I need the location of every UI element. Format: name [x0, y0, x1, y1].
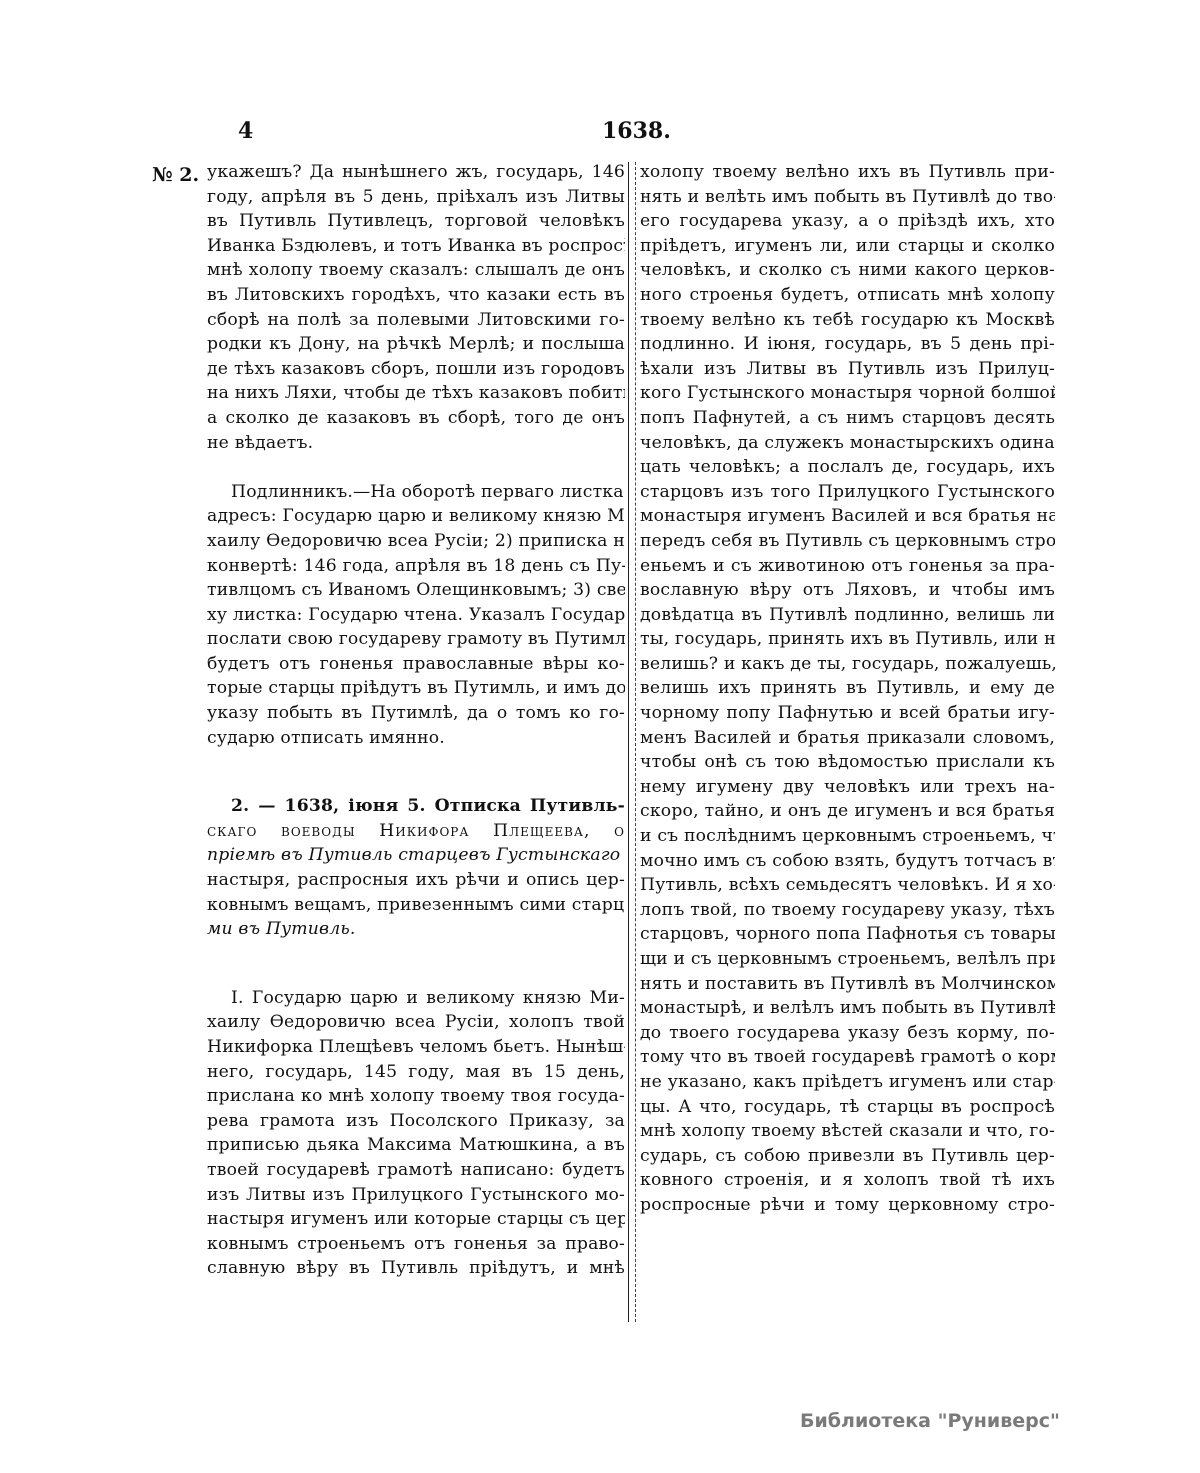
- text-line: пріемѣ въ Путивль старцевъ Густынскаго м…: [207, 843, 625, 868]
- text-line: году, апрѣля въ 5 день, пріѣхалъ изъ Лит…: [207, 185, 625, 210]
- text-line: ты, государь, принять ихъ въ Путивль, ил…: [640, 627, 1055, 652]
- text-line: скаго воеводы Никифора Плещеева, о: [207, 819, 625, 844]
- spacer: [207, 942, 625, 986]
- text-line: Подлинникъ.—На оборотѣ перваго листка: 1…: [207, 480, 625, 505]
- text-line: въ Путивль Путивлецъ, торговой человѣкъ: [207, 209, 625, 234]
- text-line: ного строенья будетъ, отписать мнѣ холоп…: [640, 283, 1055, 308]
- text-line: цы. А что, государь, тѣ старцы въ роспро…: [640, 1095, 1055, 1120]
- right-column: холопу твоему велѣно ихъ въ Путивль при-…: [640, 160, 1055, 1218]
- text-line: де тѣхъ казаковъ сборъ, пошли изъ городо…: [207, 357, 625, 382]
- text-line: изъ Литвы изъ Прилуцкого Густынского мо-: [207, 1183, 625, 1208]
- text-line: передъ себя въ Путивль съ церковнымъ стр…: [640, 529, 1055, 554]
- text-line: него, государь, 145 году, мая въ 15 день…: [207, 1060, 625, 1085]
- text-line: мнѣ холопу твоему вѣстей сказали и что, …: [640, 1119, 1055, 1144]
- text-line: не вѣдаетъ.: [207, 431, 625, 456]
- paragraph-continuation: укажешъ? Да нынѣшнего жъ, государь, 146 …: [207, 160, 625, 455]
- text-line: нять и велѣть имъ побыть въ Путивлѣ до т…: [640, 185, 1055, 210]
- text-line: указу побыть въ Путимлѣ, да о томъ ко го…: [207, 701, 625, 726]
- text-line: его государева указу, а о пріѣздѣ ихъ, х…: [640, 209, 1055, 234]
- text-line: еньемъ и съ животиною отъ гоненья за пра…: [640, 554, 1055, 579]
- text-line: на нихъ Ляхи, чтобы де тѣхъ казаковъ поб…: [207, 381, 625, 406]
- text-line: сударь, съ собою привезли въ Путивль цер…: [640, 1144, 1055, 1169]
- page-header-year: 1638.: [602, 118, 671, 144]
- text-line: рева грамота изъ Посолского Приказу, за: [207, 1109, 625, 1134]
- spacer: [207, 455, 625, 480]
- text-line: славную вѣру въ Путивль пріѣдутъ, и мнѣ: [207, 1256, 625, 1281]
- text-line: кого Густынского монастыря чорной болшой: [640, 381, 1055, 406]
- text-line: Путивль, всѣхъ семьдесятъ человѣкъ. И я …: [640, 873, 1055, 898]
- text-line: чтобы онѣ съ тою вѣдомостью прислали къ: [640, 750, 1055, 775]
- text-line: сборѣ на полѣ за полевыми Литовскими го-: [207, 308, 625, 333]
- text-line: холопу твоему велѣно ихъ въ Путивль при-: [640, 160, 1055, 185]
- text-line: мнѣ холопу твоему сказалъ: слышалъ де он…: [207, 258, 625, 283]
- text-line: нять и поставить въ Путивлѣ въ Молчинско…: [640, 972, 1055, 997]
- text-line: Иванка Бздюлевъ, и тотъ Иванка въ роспро…: [207, 234, 625, 259]
- text-line: послати свою государеву грамоту въ Путим…: [207, 627, 625, 652]
- text-line: ковнымъ вещамъ, привезеннымъ сими старца…: [207, 893, 625, 918]
- text-line: щи и съ церковнымъ строеньемъ, велѣлъ пр…: [640, 947, 1055, 972]
- text-line: Никифорка Плещѣевъ челомъ бьетъ. Нынѣш-: [207, 1035, 625, 1060]
- text-line: а сколко де казаковъ въ сборѣ, того де о…: [207, 406, 625, 431]
- text-line: скоро, тайно, и онъ де игуменъ и вся бра…: [640, 799, 1055, 824]
- text-line: до твоего государева указу безъ корму, п…: [640, 1021, 1055, 1046]
- text-line: человѣкъ, и сколко съ ними какого церков…: [640, 258, 1055, 283]
- text-line: настыря, распросныя ихъ рѣчи и опись цер…: [207, 868, 625, 893]
- text-line: велишь? и какъ де ты, государь, пожалуеш…: [640, 652, 1055, 677]
- spacer: [207, 750, 625, 794]
- text-line: монастырѣ, и велѣлъ имъ побыть въ Путивл…: [640, 996, 1055, 1021]
- text-line: приписью дьяка Максима Матюшкина, а въ: [207, 1133, 625, 1158]
- text-line: подлинно. И іюня, государь, въ 5 день пр…: [640, 332, 1055, 357]
- text-line: попъ Пафнутей, а съ нимъ старцовъ десять: [640, 406, 1055, 431]
- text-line: велишь ихъ принять въ Путивль, и ему де: [640, 676, 1055, 701]
- text-line: торые старцы пріѣдутъ въ Путимль, и имъ …: [207, 676, 625, 701]
- source-note: Подлинникъ.—На оборотѣ перваго листка: 1…: [207, 480, 625, 751]
- document-heading: 2. — 1638, іюня 5. Отписка Путивль- скаг…: [207, 794, 625, 942]
- text-line: пріѣдетъ, игуменъ ли, или старцы и сколк…: [640, 234, 1055, 259]
- text-line: менъ Василей и братья приказали словомъ,: [640, 726, 1055, 751]
- text-line: хаилу Ѳедоровичю всеа Русіи, холопъ твой: [207, 1010, 625, 1035]
- text-line: нему игумену дву человѣкъ или трехъ на-: [640, 775, 1055, 800]
- document-number-label: № 2.: [152, 164, 199, 186]
- text-line: укажешъ? Да нынѣшнего жъ, государь, 146: [207, 160, 625, 185]
- text-line: ковного строенія, и я холопъ твой тѣ ихъ: [640, 1168, 1055, 1193]
- text-line: мочно имъ съ собою взять, будутъ тотчасъ…: [640, 849, 1055, 874]
- text-line: прислана ко мнѣ холопу твоему твоя госуд…: [207, 1084, 625, 1109]
- text-line: вославную вѣру отъ Ляховъ, и чтобы имъ: [640, 578, 1055, 603]
- text-line: человѣкъ, да служекъ монастырскихъ одина…: [640, 431, 1055, 456]
- text-line: въ Литовскихъ городѣхъ, что казаки есть …: [207, 283, 625, 308]
- document-body: I. Государю царю и великому князю Ми- ха…: [207, 986, 625, 1281]
- text-line: I. Государю царю и великому князю Ми-: [207, 986, 625, 1011]
- text-line: адресъ: Государю царю и великому князю М…: [207, 504, 625, 529]
- text-line: старцовъ, чорного попа Пафнотья съ товар…: [640, 922, 1055, 947]
- text-line: ковнымъ строеньемъ отъ гоненья за право-: [207, 1232, 625, 1257]
- text-line: твоему велѣно къ тебѣ государю къ Москвѣ: [640, 308, 1055, 333]
- page-number: 4: [238, 118, 253, 144]
- text-line: 2. — 1638, іюня 5. Отписка Путивль-: [207, 794, 625, 819]
- text-line: ѣхали изъ Литвы въ Путивль изъ Прилуц-: [640, 357, 1055, 382]
- text-line: роспросные рѣчи и тому церковному стро-: [640, 1193, 1055, 1218]
- text-line: хаилу Ѳедоровичю всеа Русіи; 2) приписка…: [207, 529, 625, 554]
- column-divider: [628, 162, 636, 1322]
- text-line: ху листка: Государю чтена. Указалъ Госуд…: [207, 603, 625, 628]
- text-line: тивлцомъ съ Иваномъ Олещинковымъ; 3) све…: [207, 578, 625, 603]
- text-line: сударю отписать имянно.: [207, 726, 625, 751]
- text-line: не указано, какъ пріѣдетъ игуменъ или ст…: [640, 1070, 1055, 1095]
- text-line: цать человѣкъ; а послалъ де, государь, и…: [640, 455, 1055, 480]
- text-line: родки къ Дону, на рѣчкѣ Мерлѣ; и послыша: [207, 332, 625, 357]
- text-line: настыря игуменъ или которые старцы съ це…: [207, 1207, 625, 1232]
- text-line: твоей государевѣ грамотѣ написано: будет…: [207, 1158, 625, 1183]
- text-line: конвертѣ: 146 года, апрѣля въ 18 день съ…: [207, 554, 625, 579]
- text-line: ми въ Путивль.: [207, 917, 625, 942]
- left-column: укажешъ? Да нынѣшнего жъ, государь, 146 …: [207, 160, 625, 1281]
- text-line: довѣдатца въ Путивлѣ подлинно, велишь ли: [640, 603, 1055, 628]
- text-line: монастыря игуменъ Василей и вся братья н…: [640, 504, 1055, 529]
- text-line: лопъ твой, по твоему государеву указу, т…: [640, 898, 1055, 923]
- library-watermark: Библиотека "Руниверс": [800, 1410, 1060, 1432]
- text-line: чорному попу Пафнутью и всей братьи игу-: [640, 701, 1055, 726]
- text-line: и съ послѣднимъ церковнымъ строеньемъ, ч…: [640, 824, 1055, 849]
- text-line: тому что въ твоей государевѣ грамотѣ о к…: [640, 1045, 1055, 1070]
- text-line: старцовъ изъ того Прилуцкого Густынского: [640, 480, 1055, 505]
- text-line: будетъ отъ гоненья православные вѣры ко-: [207, 652, 625, 677]
